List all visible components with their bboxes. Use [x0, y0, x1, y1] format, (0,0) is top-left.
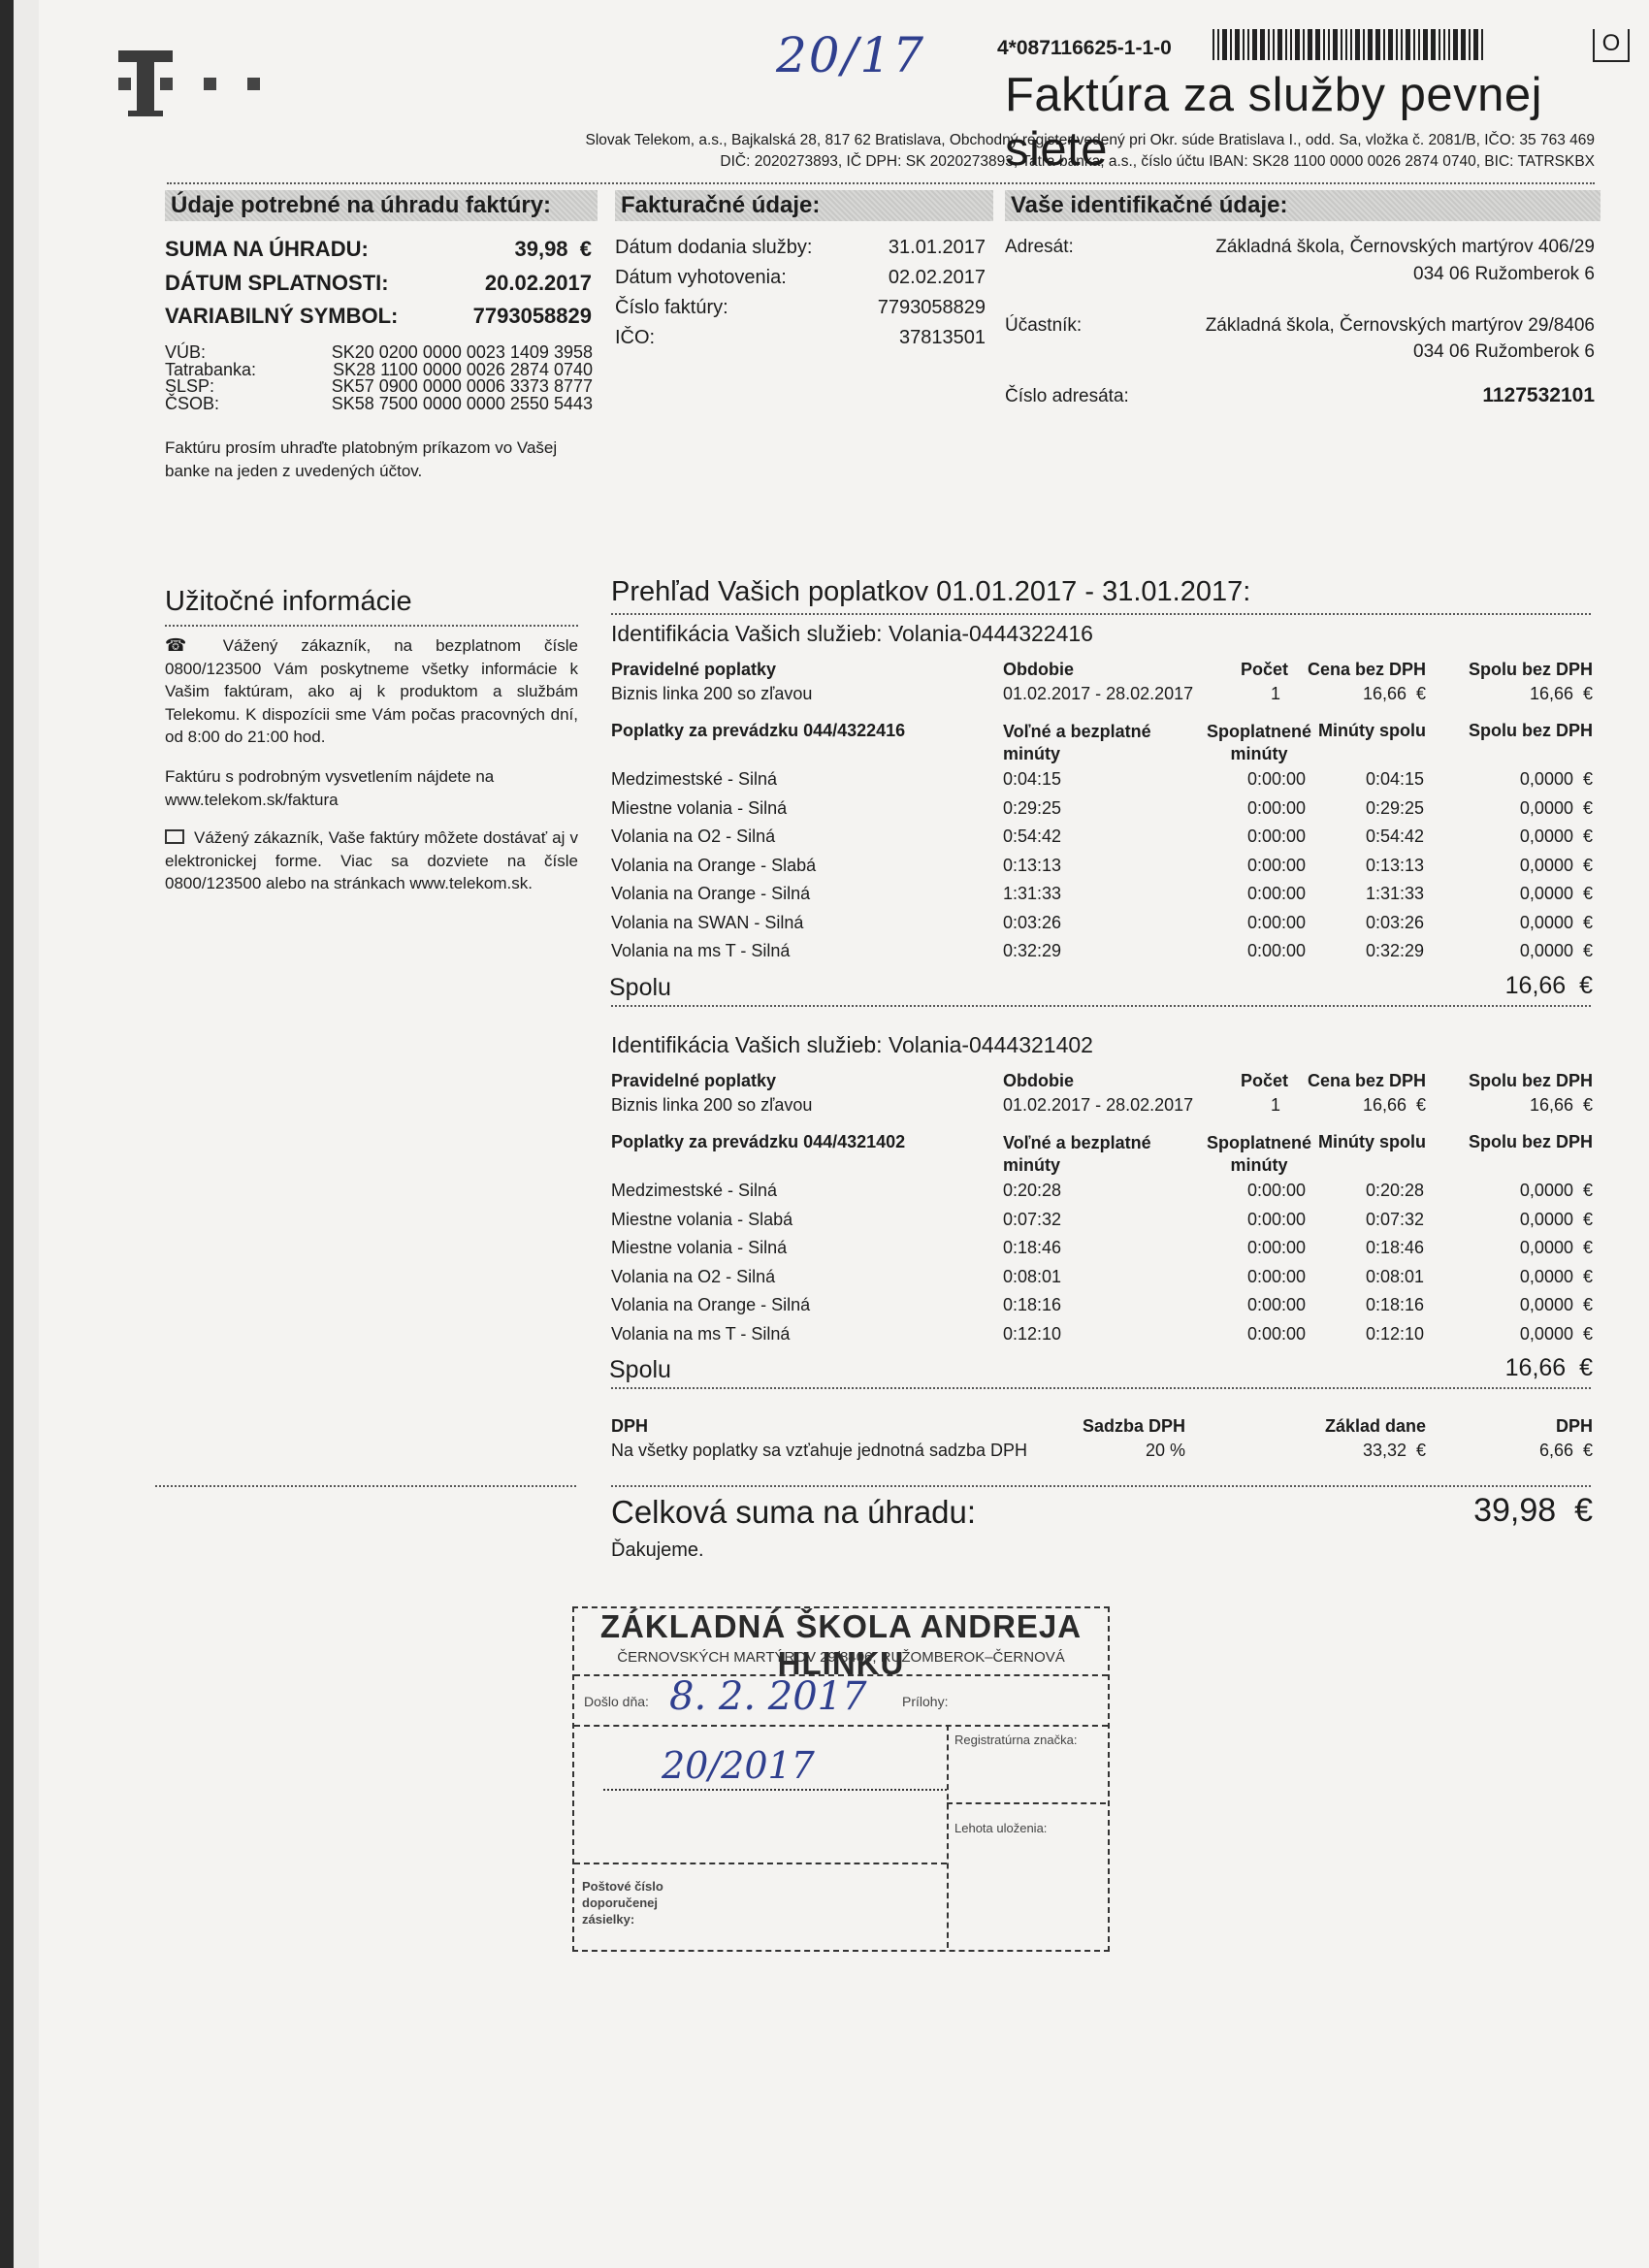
charged-minutes-header: Spoplatnené minúty [1201, 1132, 1317, 1177]
overview-heading: Prehľad Vašich poplatkov 01.01.2017 - 31… [611, 576, 1250, 608]
service-divider [611, 1005, 1591, 1007]
phone-icon: ☎ [165, 635, 206, 655]
traffic-total-minutes: 0:18:46 [1366, 1238, 1424, 1258]
traffic-row-amount: 0,0000 € [1520, 856, 1593, 876]
traffic-charged-minutes: 0:00:00 [1247, 798, 1306, 819]
regular-fees-header: Pravidelné poplatky [611, 660, 776, 680]
stamp-received-date: 8. 2. 2017 [669, 1674, 867, 1719]
regular-fee-period: 01.02.2017 - 28.02.2017 [1003, 1095, 1193, 1116]
traffic-row-label: Volania na O2 - Silná [611, 826, 775, 847]
regular-fee-total: 16,66 € [1530, 1095, 1593, 1116]
traffic-fees-header: Poplatky za prevádzku 044/4321402 [611, 1132, 905, 1152]
traffic-charged-minutes: 0:00:00 [1247, 913, 1306, 933]
grand-total-value: 39,98 € [1473, 1492, 1593, 1530]
addressee-line-2: 034 06 Ružomberok 6 [1413, 264, 1595, 285]
useful-info-web: Faktúru s podrobným vysvetlením nájdete … [165, 765, 578, 811]
tax-base-header: Základ dane [1325, 1416, 1426, 1437]
billing-label: Číslo faktúry: [615, 297, 728, 319]
period-header: Obdobie [1003, 660, 1074, 680]
traffic-total-minutes: 0:20:28 [1366, 1181, 1424, 1201]
traffic-row-label: Miestne volania - Silná [611, 798, 787, 819]
stamp-retention-label: Lehota uloženia: [954, 1820, 1100, 1837]
useful-info-electronic: Vážený zákazník, Vaše faktúry môžete dos… [165, 826, 578, 895]
header-divider [167, 182, 1595, 184]
bank-iban: SK58 7500 0000 0000 2550 5443 [319, 394, 593, 414]
participant-label: Účastník: [1005, 315, 1082, 337]
billing-value: 02.02.2017 [776, 267, 986, 289]
tax-base-value: 33,32 € [1363, 1441, 1426, 1461]
traffic-total-minutes: 0:13:13 [1366, 856, 1424, 876]
service-total-label: Spolu [609, 974, 671, 1002]
grand-total-label: Celková suma na úhradu: [611, 1494, 976, 1531]
billing-value: 31.01.2017 [776, 237, 986, 259]
total-minutes-header: Minúty spolu [1318, 1132, 1426, 1152]
traffic-charged-minutes: 0:00:00 [1247, 856, 1306, 876]
traffic-total-minutes: 0:03:26 [1366, 913, 1424, 933]
regular-fee-total: 16,66 € [1530, 684, 1593, 704]
traffic-free-minutes: 0:08:01 [1003, 1267, 1061, 1287]
due-date-value: 20.02.2017 [485, 271, 592, 296]
traffic-total-minutes: 0:08:01 [1366, 1267, 1424, 1287]
traffic-total-minutes: 0:29:25 [1366, 798, 1424, 819]
traffic-charged-minutes: 0:00:00 [1247, 1210, 1306, 1230]
stamp-registry-label: Registratúrna značka: [954, 1733, 1077, 1747]
vat-note: Na všetky poplatky sa vzťahuje jednotná … [611, 1441, 1027, 1461]
traffic-row-amount: 0,0000 € [1520, 1238, 1593, 1258]
traffic-row-label: Medzimestské - Silná [611, 1181, 777, 1201]
vat-amount-header: DPH [1556, 1416, 1593, 1437]
traffic-charged-minutes: 0:00:00 [1247, 1181, 1306, 1201]
traffic-row-label: Volania na ms T - Silná [611, 941, 790, 961]
overview-divider [611, 613, 1591, 615]
stamp-received-label: Došlo dňa: [584, 1694, 649, 1709]
total-minutes-header: Minúty spolu [1318, 721, 1426, 741]
handwritten-reference: 20/17 [776, 27, 925, 83]
vat-rate-value: 20 % [1146, 1441, 1185, 1461]
payment-heading: Údaje potrebné na úhradu faktúry: [165, 190, 598, 221]
traffic-charged-minutes: 0:00:00 [1247, 769, 1306, 790]
service-id-label: Identifikácia Vašich služieb: Volania-04… [611, 1032, 1093, 1058]
traffic-subtotal-header: Spolu bez DPH [1469, 1132, 1593, 1152]
traffic-charged-minutes: 0:00:00 [1247, 1238, 1306, 1258]
billing-label: IČO: [615, 327, 655, 349]
free-minutes-header: Voľné a bezplatné minúty [1003, 721, 1168, 765]
period-header: Obdobie [1003, 1071, 1074, 1091]
traffic-charged-minutes: 0:00:00 [1247, 826, 1306, 847]
traffic-total-minutes: 0:54:42 [1366, 826, 1424, 847]
vat-rate-header: Sadzba DPH [1083, 1416, 1185, 1437]
payment-note: Faktúru prosím uhraďte platobným príkazo… [165, 437, 592, 482]
traffic-subtotal-header: Spolu bez DPH [1469, 721, 1593, 741]
regular-fee-name: Biznis linka 200 so zľavou [611, 684, 812, 704]
traffic-row-label: Volania na SWAN - Silná [611, 913, 803, 933]
variable-symbol-value: 7793058829 [473, 304, 592, 329]
due-date-row: DÁTUM SPLATNOSTI: 20.02.2017 [165, 271, 592, 296]
charged-minutes-header: Spoplatnené minúty [1201, 721, 1317, 765]
price-header: Cena bez DPH [1308, 660, 1426, 680]
traffic-total-minutes: 0:18:16 [1366, 1295, 1424, 1315]
traffic-free-minutes: 0:54:42 [1003, 826, 1061, 847]
price-header: Cena bez DPH [1308, 1071, 1426, 1091]
billing-value: 37813501 [776, 327, 986, 349]
service-divider [611, 1387, 1591, 1389]
scan-margin [14, 0, 39, 2268]
amount-label: SUMA NA ÚHRADU: [165, 237, 369, 262]
traffic-row-amount: 0,0000 € [1520, 769, 1593, 790]
traffic-row-amount: 0,0000 € [1520, 941, 1593, 961]
subtotal-header: Spolu bez DPH [1469, 660, 1593, 680]
traffic-total-minutes: 1:31:33 [1366, 884, 1424, 904]
free-minutes-header: Voľné a bezplatné minúty [1003, 1132, 1168, 1177]
traffic-row-label: Volania na Orange - Silná [611, 1295, 810, 1315]
registry-stamp: ZÁKLADNÁ ŠKOLA ANDREJA HLINKU ČERNOVSKÝC… [572, 1606, 1110, 1952]
variable-symbol-label: VARIABILNÝ SYMBOL: [165, 304, 398, 329]
traffic-charged-minutes: 0:00:00 [1247, 1267, 1306, 1287]
traffic-row-amount: 0,0000 € [1520, 884, 1593, 904]
service-id-label: Identifikácia Vašich služieb: Volania-04… [611, 621, 1093, 647]
traffic-free-minutes: 0:32:29 [1003, 941, 1061, 961]
company-info-line-1: Slovak Telekom, a.s., Bajkalská 28, 817 … [586, 132, 1596, 149]
billing-value: 7793058829 [776, 297, 986, 319]
variable-symbol-row: VARIABILNÝ SYMBOL: 7793058829 [165, 304, 592, 329]
stamp-attachments-label: Prílohy: [902, 1694, 948, 1709]
traffic-free-minutes: 0:03:26 [1003, 913, 1061, 933]
due-date-label: DÁTUM SPLATNOSTI: [165, 271, 389, 296]
vat-amount-value: 6,66 € [1539, 1441, 1593, 1461]
traffic-fees-header: Poplatky za prevádzku 044/4322416 [611, 721, 905, 741]
addressee-number-label: Číslo adresáta: [1005, 386, 1129, 407]
service-total-label: Spolu [609, 1356, 671, 1384]
traffic-charged-minutes: 0:00:00 [1247, 884, 1306, 904]
traffic-row-label: Volania na Orange - Silná [611, 884, 810, 904]
traffic-row-amount: 0,0000 € [1520, 1210, 1593, 1230]
telekom-logo [118, 47, 274, 119]
participant-line-1: Základná škola, Černovských martýrov 29/… [1206, 315, 1595, 337]
traffic-free-minutes: 0:18:46 [1003, 1238, 1061, 1258]
amount-row: SUMA NA ÚHRADU: 39,98 € [165, 237, 592, 262]
barcode [1212, 29, 1562, 60]
amount-value: 39,98 € [514, 237, 592, 262]
barcode-number: 4*087116625-1-1-0 [997, 37, 1172, 60]
traffic-row-label: Miestne volania - Slabá [611, 1210, 792, 1230]
traffic-row-amount: 0,0000 € [1520, 798, 1593, 819]
service-total-value: 16,66 € [1505, 972, 1593, 1000]
useful-info-text-3: Vážený zákazník, Vaše faktúry môžete dos… [165, 828, 578, 892]
useful-info-heading: Užitočné informácie [165, 586, 412, 618]
traffic-row-amount: 0,0000 € [1520, 1267, 1593, 1287]
traffic-charged-minutes: 0:00:00 [1247, 1295, 1306, 1315]
billing-label: Dátum vyhotovenia: [615, 267, 787, 289]
regular-fees-header: Pravidelné poplatky [611, 1071, 776, 1091]
bank-name: ČSOB: [165, 394, 219, 414]
traffic-free-minutes: 0:07:32 [1003, 1210, 1061, 1230]
total-divider [611, 1485, 1591, 1487]
regular-fee-price: 16,66 € [1363, 1095, 1426, 1116]
traffic-row-amount: 0,0000 € [1520, 1324, 1593, 1345]
stamp-school-name: ZÁKLADNÁ ŠKOLA ANDREJA HLINKU [574, 1608, 1108, 1682]
traffic-free-minutes: 0:13:13 [1003, 856, 1061, 876]
traffic-row-amount: 0,0000 € [1520, 913, 1593, 933]
regular-fee-count: 1 [1271, 684, 1280, 704]
count-header: Počet [1241, 1071, 1288, 1091]
useful-info-text-1: Vážený zákazník, na bezplatnom čísle 080… [165, 636, 578, 746]
vat-header: DPH [611, 1416, 648, 1437]
left-bottom-divider [155, 1485, 576, 1487]
company-info-line-2: DIČ: 2020273893, IČ DPH: SK 2020273893, … [720, 153, 1595, 171]
traffic-row-label: Volania na O2 - Silná [611, 1267, 775, 1287]
computer-icon [165, 829, 184, 844]
stamp-postal-label: Poštové číslo doporučenej zásielky: [582, 1878, 663, 1928]
stamp-school-address: ČERNOVSKÝCH MARTÝROV 29/8406, RUŽOMBEROK… [574, 1649, 1108, 1666]
addressee-number-value: 1127532101 [1482, 384, 1595, 407]
regular-fee-period: 01.02.2017 - 28.02.2017 [1003, 684, 1193, 704]
traffic-free-minutes: 0:12:10 [1003, 1324, 1061, 1345]
addressee-label: Adresát: [1005, 237, 1074, 258]
traffic-row-label: Medzimestské - Silná [611, 769, 777, 790]
billing-heading: Fakturačné údaje: [615, 190, 993, 221]
traffic-total-minutes: 0:32:29 [1366, 941, 1424, 961]
traffic-row-amount: 0,0000 € [1520, 1295, 1593, 1315]
traffic-total-minutes: 0:07:32 [1366, 1210, 1424, 1230]
participant-line-2: 034 06 Ružomberok 6 [1413, 341, 1595, 363]
traffic-free-minutes: 0:29:25 [1003, 798, 1061, 819]
stamp-reference-number: 20/2017 [662, 1744, 815, 1787]
service-total-value: 16,66 € [1505, 1354, 1593, 1382]
traffic-free-minutes: 0:04:15 [1003, 769, 1061, 790]
traffic-row-label: Volania na ms T - Silná [611, 1324, 790, 1345]
traffic-free-minutes: 0:20:28 [1003, 1181, 1061, 1201]
traffic-free-minutes: 0:18:16 [1003, 1295, 1061, 1315]
thanks-text: Ďakujeme. [611, 1539, 704, 1562]
useful-info-divider [165, 625, 578, 627]
addressee-line-1: Základná škola, Černovských martýrov 406… [1215, 237, 1595, 258]
regular-fee-count: 1 [1271, 1095, 1280, 1116]
traffic-row-amount: 0,0000 € [1520, 826, 1593, 847]
traffic-free-minutes: 1:31:33 [1003, 884, 1061, 904]
regular-fee-name: Biznis linka 200 so zľavou [611, 1095, 812, 1116]
useful-info-phone: ☎Vážený zákazník, na bezplatnom čísle 08… [165, 634, 578, 749]
traffic-total-minutes: 0:12:10 [1366, 1324, 1424, 1345]
traffic-row-label: Volania na Orange - Slabá [611, 856, 816, 876]
traffic-row-amount: 0,0000 € [1520, 1181, 1593, 1201]
count-header: Počet [1241, 660, 1288, 680]
regular-fee-price: 16,66 € [1363, 684, 1426, 704]
subtotal-header: Spolu bez DPH [1469, 1071, 1593, 1091]
traffic-row-label: Miestne volania - Silná [611, 1238, 787, 1258]
traffic-total-minutes: 0:04:15 [1366, 769, 1424, 790]
corner-box: O [1593, 29, 1630, 62]
traffic-charged-minutes: 0:00:00 [1247, 941, 1306, 961]
traffic-charged-minutes: 0:00:00 [1247, 1324, 1306, 1345]
identity-heading: Vaše identifikačné údaje: [1005, 190, 1600, 221]
scan-edge [0, 0, 14, 2268]
